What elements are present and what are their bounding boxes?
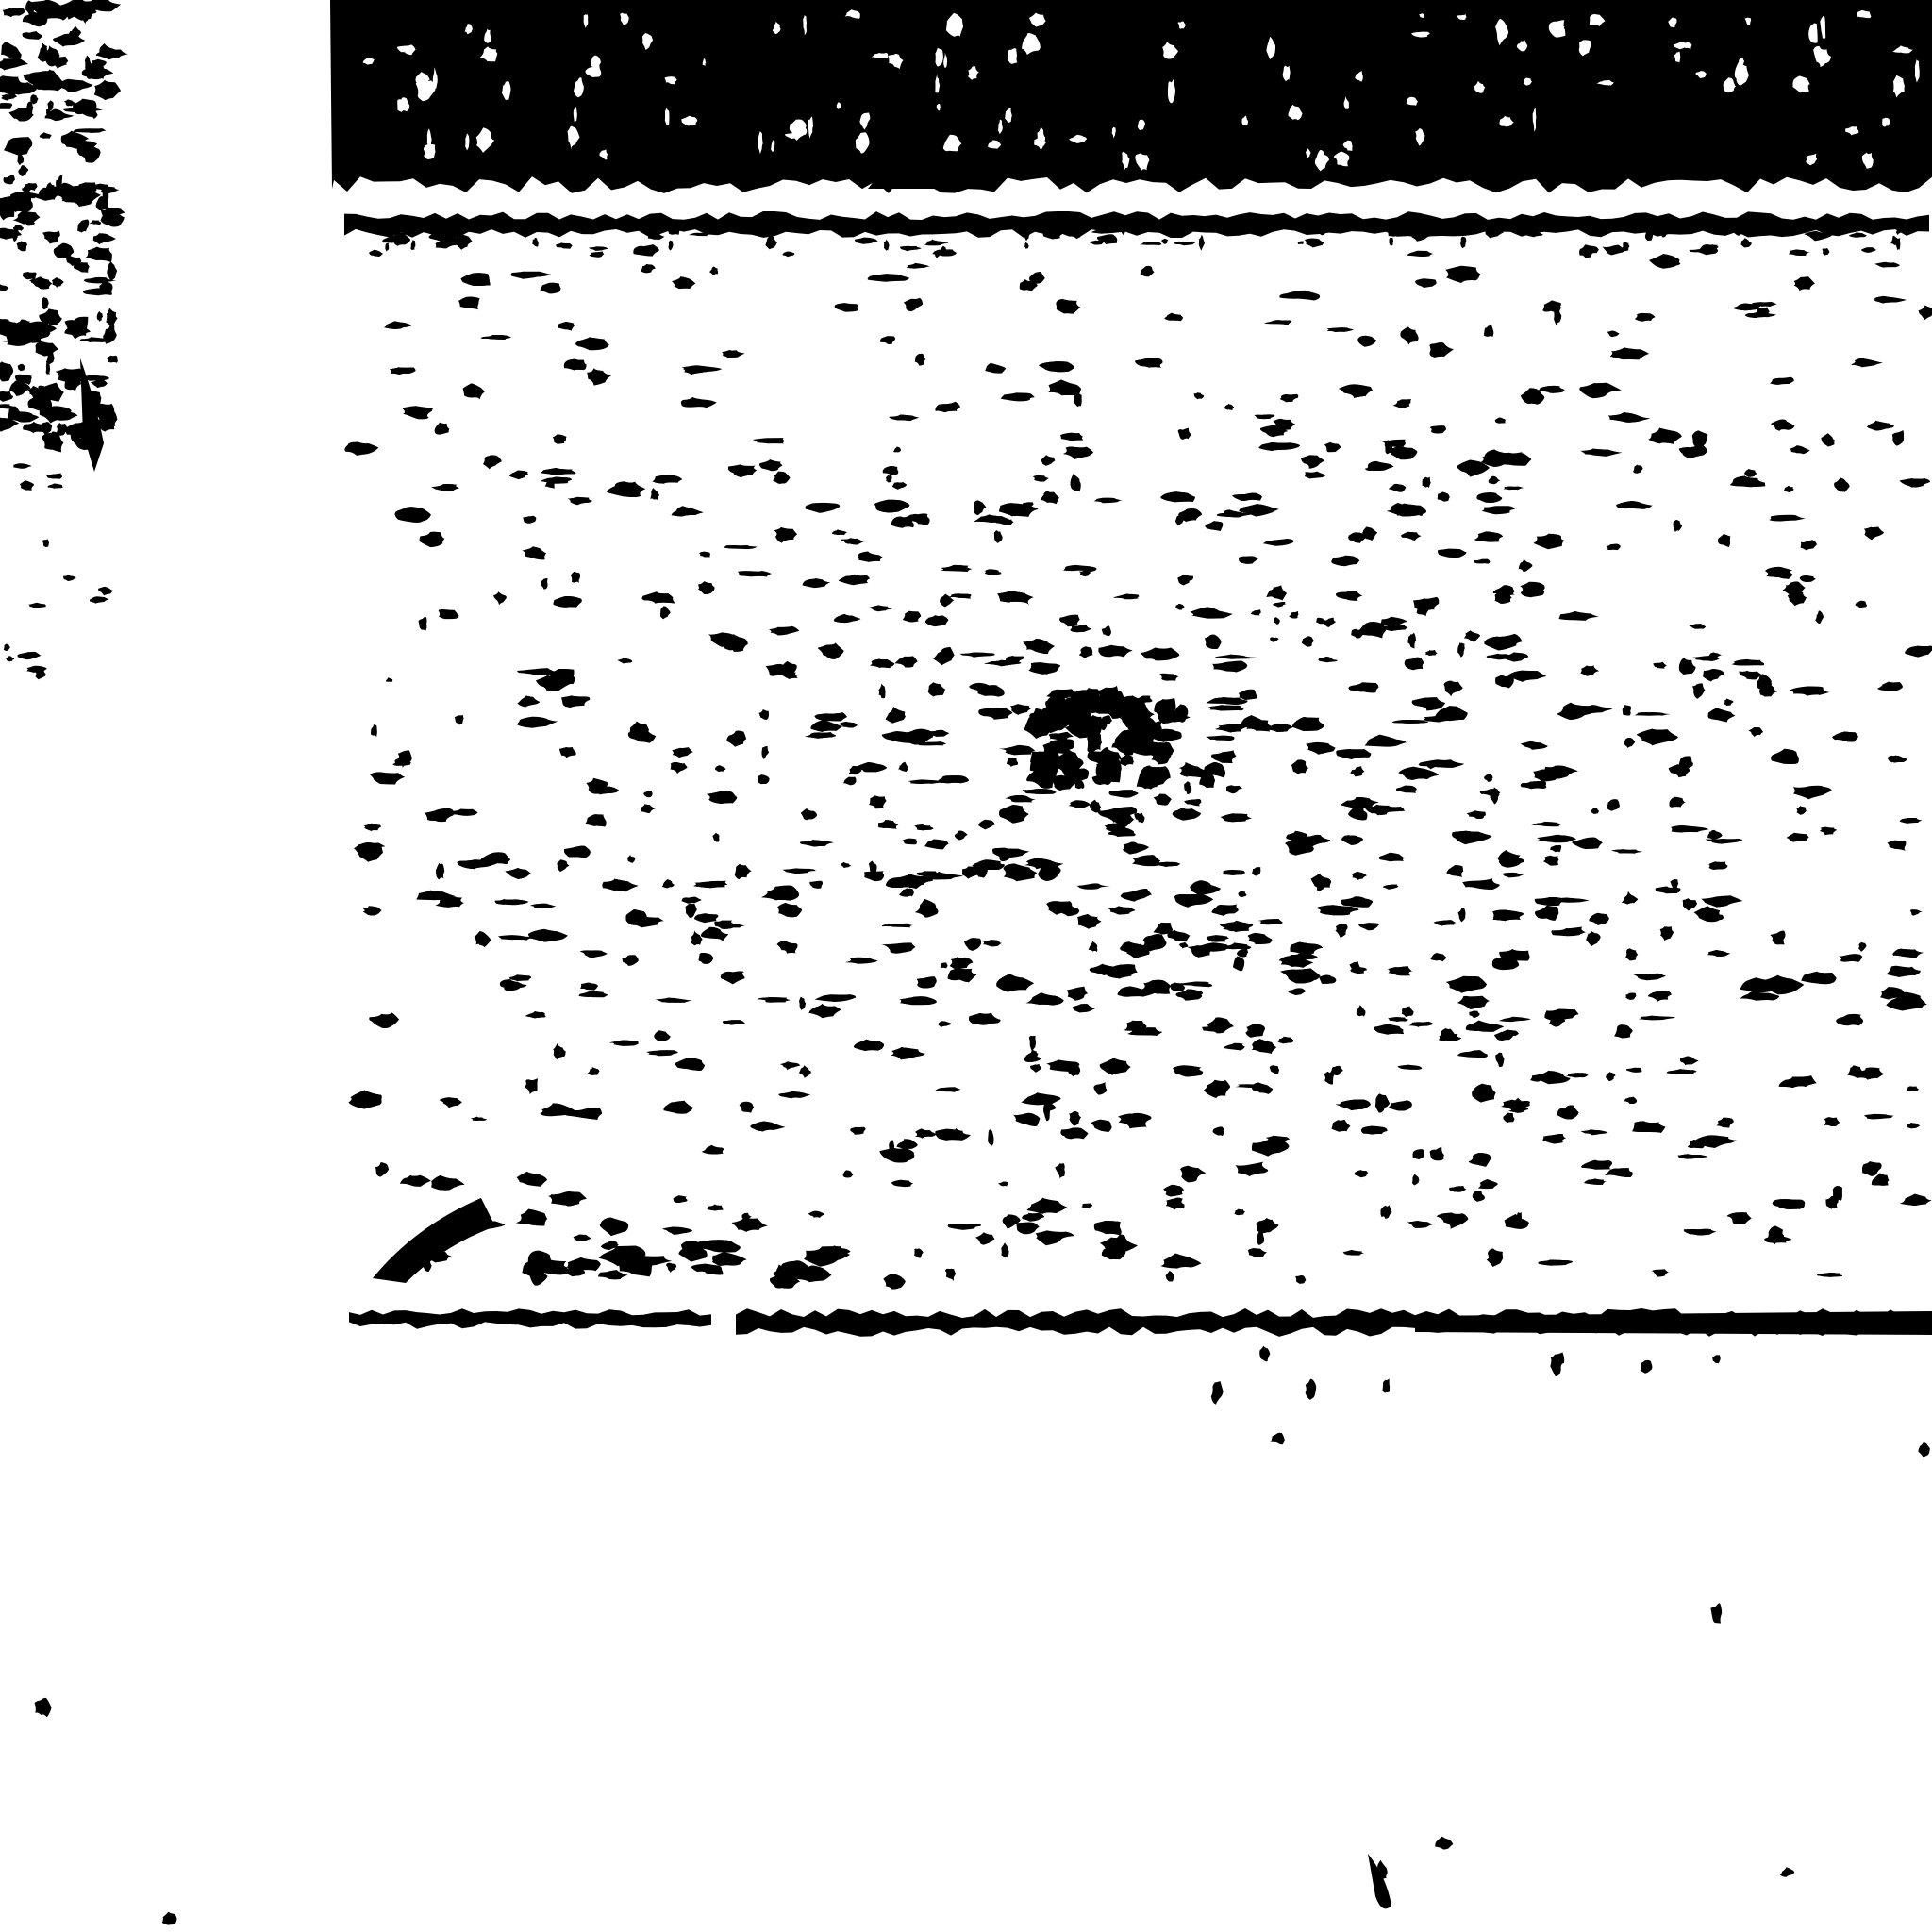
photo-canvas: [0, 0, 1932, 1932]
top-dark-band: [330, 0, 1932, 193]
